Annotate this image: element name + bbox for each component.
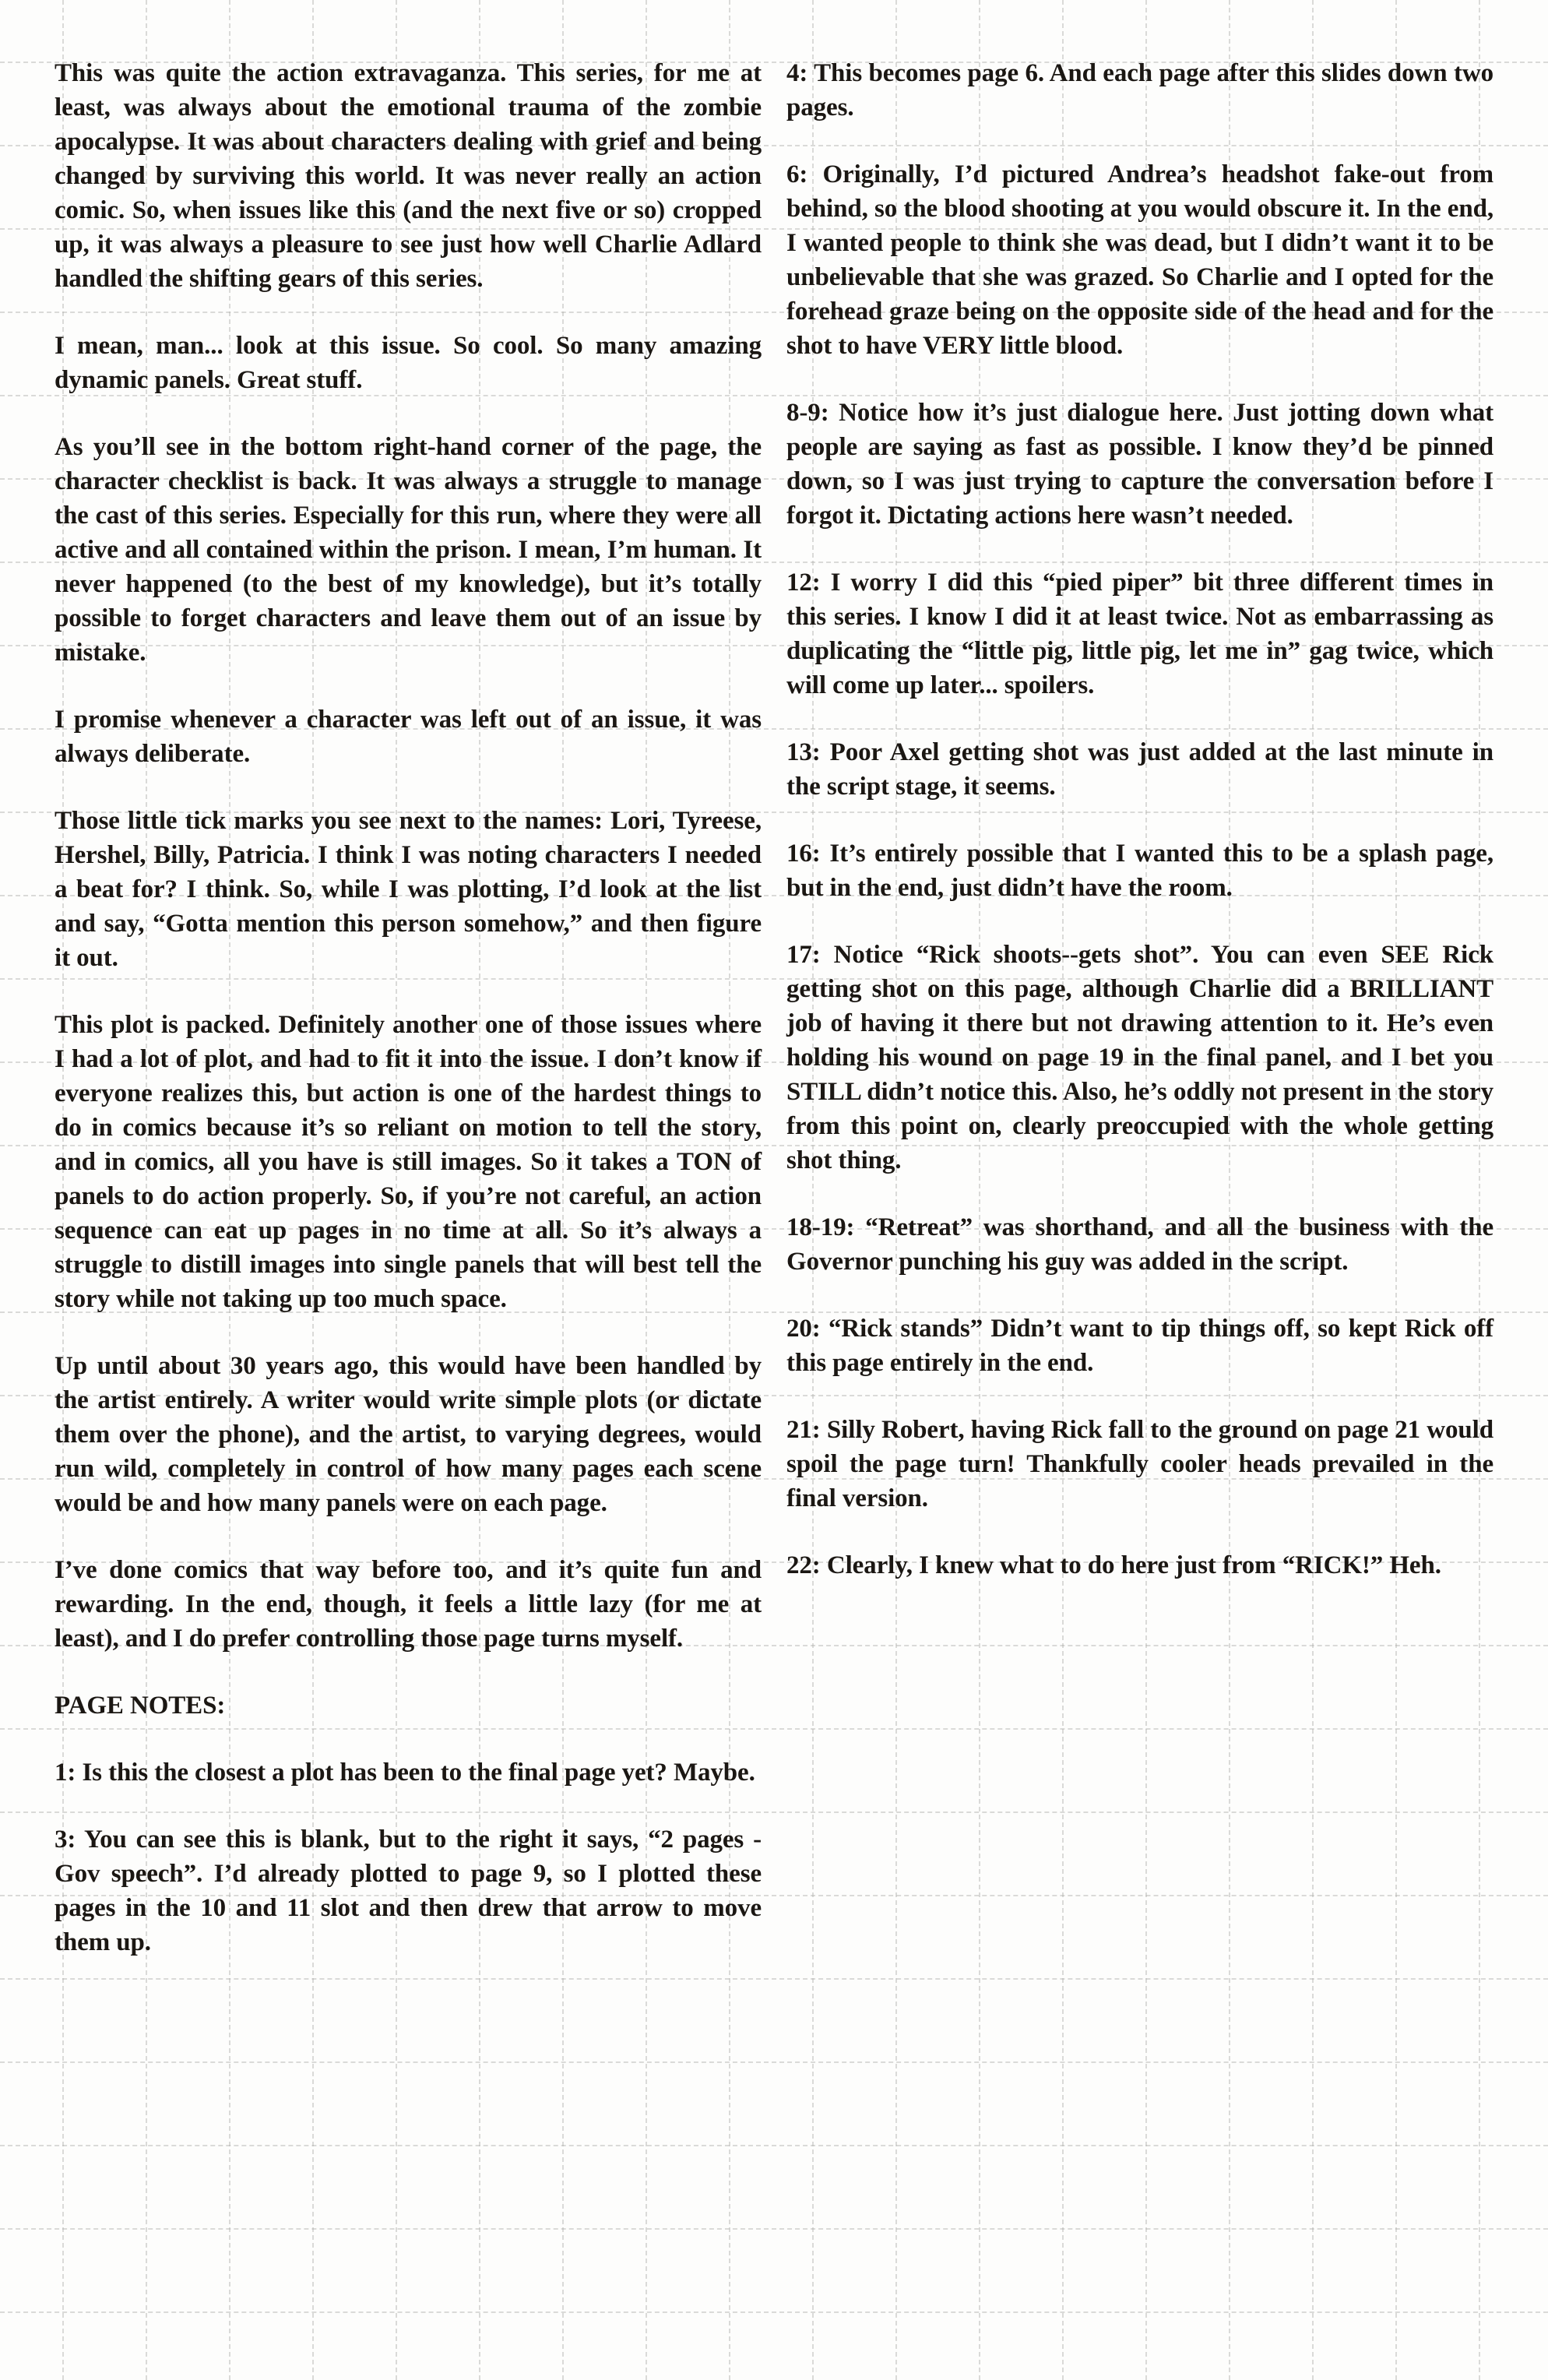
paragraph: 4: This becomes page 6. And each page af… [786, 56, 1493, 125]
paragraph: I mean, man... look at this issue. So co… [55, 329, 762, 397]
grid-horizontal-line [0, 2145, 1548, 2146]
paragraph: 20: “Rick stands” Didn’t want to tip thi… [786, 1311, 1493, 1380]
paragraph: 12: I worry I did this “pied piper” bit … [786, 565, 1493, 702]
paragraph: 6: Originally, I’d pictured Andrea’s hea… [786, 157, 1493, 363]
paragraph: Up until about 30 years ago, this would … [55, 1349, 762, 1520]
paragraph: 18-19: “Retreat” was shorthand, and all … [786, 1210, 1493, 1279]
notes-page: This was quite the action extravaganza. … [0, 0, 1548, 2380]
paragraph: As you’ll see in the bottom right-hand c… [55, 430, 762, 670]
page-notes-heading: PAGE NOTES: [55, 1688, 762, 1723]
paragraph: 17: Notice “Rick shoots--gets shot”. You… [786, 938, 1493, 1178]
left-column: This was quite the action extravaganza. … [55, 56, 762, 1992]
paragraph: 16: It’s entirely possible that I wanted… [786, 836, 1493, 905]
grid-horizontal-line [0, 2228, 1548, 2230]
paragraph: 21: Silly Robert, having Rick fall to th… [786, 1413, 1493, 1516]
paragraph: 22: Clearly, I knew what to do here just… [786, 1548, 1493, 1583]
paragraph: Those little tick marks you see next to … [55, 804, 762, 975]
grid-horizontal-line [0, 2061, 1548, 2063]
paragraph: 13: Poor Axel getting shot was just adde… [786, 735, 1493, 804]
paragraph: I promise whenever a character was left … [55, 702, 762, 771]
paragraph: 8-9: Notice how it’s just dialogue here.… [786, 396, 1493, 533]
paragraph: 3: You can see this is blank, but to the… [55, 1822, 762, 1959]
paragraph: This plot is packed. Definitely another … [55, 1008, 762, 1316]
right-column: 4: This becomes page 6. And each page af… [786, 56, 1493, 1992]
paragraph: I’ve done comics that way before too, an… [55, 1553, 762, 1656]
grid-horizontal-line [0, 2311, 1548, 2313]
paragraph: 1: Is this the closest a plot has been t… [55, 1755, 762, 1790]
paragraph: This was quite the action extravaganza. … [55, 56, 762, 296]
two-column-text-block: This was quite the action extravaganza. … [55, 56, 1493, 1992]
